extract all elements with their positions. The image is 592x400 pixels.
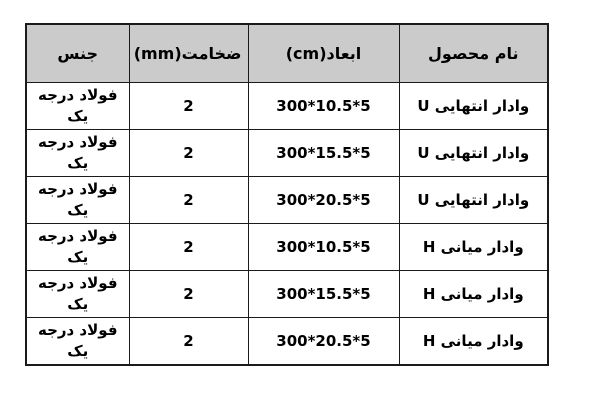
cell-thickness: 2 <box>129 130 248 177</box>
cell-product-name: وادار میانی H <box>399 224 548 271</box>
cell-product-name: وادار انتهایی U <box>399 177 548 224</box>
cell-product-name: وادار میانی H <box>399 271 548 318</box>
cell-thickness: 2 <box>129 224 248 271</box>
cell-dimensions: 300*20.5*5 <box>248 177 399 224</box>
cell-dimensions: 300*20.5*5 <box>248 318 399 366</box>
header-material: جنس <box>26 24 129 83</box>
header-thickness: ضخامت(mm) <box>129 24 248 83</box>
header-row: نام محصول ابعاد(cm) ضخامت(mm) جنس <box>26 24 548 83</box>
cell-thickness: 2 <box>129 177 248 224</box>
table-header: نام محصول ابعاد(cm) ضخامت(mm) جنس <box>26 24 548 83</box>
cell-material: فولاد درجه یک <box>26 130 129 177</box>
cell-thickness: 2 <box>129 83 248 130</box>
table-row: وادار میانی H 300*15.5*5 2 فولاد درجه یک <box>26 271 548 318</box>
table-row: وادار انتهایی U 300*20.5*5 2 فولاد درجه … <box>26 177 548 224</box>
cell-material: فولاد درجه یک <box>26 224 129 271</box>
cell-dimensions: 300*15.5*5 <box>248 130 399 177</box>
cell-product-name: وادار انتهایی U <box>399 130 548 177</box>
page: نام محصول ابعاد(cm) ضخامت(mm) جنس وادار … <box>0 0 592 400</box>
cell-material: فولاد درجه یک <box>26 177 129 224</box>
cell-dimensions: 300*10.5*5 <box>248 83 399 130</box>
cell-thickness: 2 <box>129 318 248 366</box>
product-spec-table: نام محصول ابعاد(cm) ضخامت(mm) جنس وادار … <box>25 23 549 366</box>
table-row: وادار میانی H 300*20.5*5 2 فولاد درجه یک <box>26 318 548 366</box>
cell-product-name: وادار انتهایی U <box>399 83 548 130</box>
table-row: وادار انتهایی U 300*15.5*5 2 فولاد درجه … <box>26 130 548 177</box>
table-row: وادار میانی H 300*10.5*5 2 فولاد درجه یک <box>26 224 548 271</box>
cell-dimensions: 300*15.5*5 <box>248 271 399 318</box>
table-body: وادار انتهایی U 300*10.5*5 2 فولاد درجه … <box>26 83 548 366</box>
cell-material: فولاد درجه یک <box>26 318 129 366</box>
table-row: وادار انتهایی U 300*10.5*5 2 فولاد درجه … <box>26 83 548 130</box>
cell-material: فولاد درجه یک <box>26 83 129 130</box>
cell-material: فولاد درجه یک <box>26 271 129 318</box>
header-dimensions: ابعاد(cm) <box>248 24 399 83</box>
cell-product-name: وادار میانی H <box>399 318 548 366</box>
cell-thickness: 2 <box>129 271 248 318</box>
header-product-name: نام محصول <box>399 24 548 83</box>
cell-dimensions: 300*10.5*5 <box>248 224 399 271</box>
